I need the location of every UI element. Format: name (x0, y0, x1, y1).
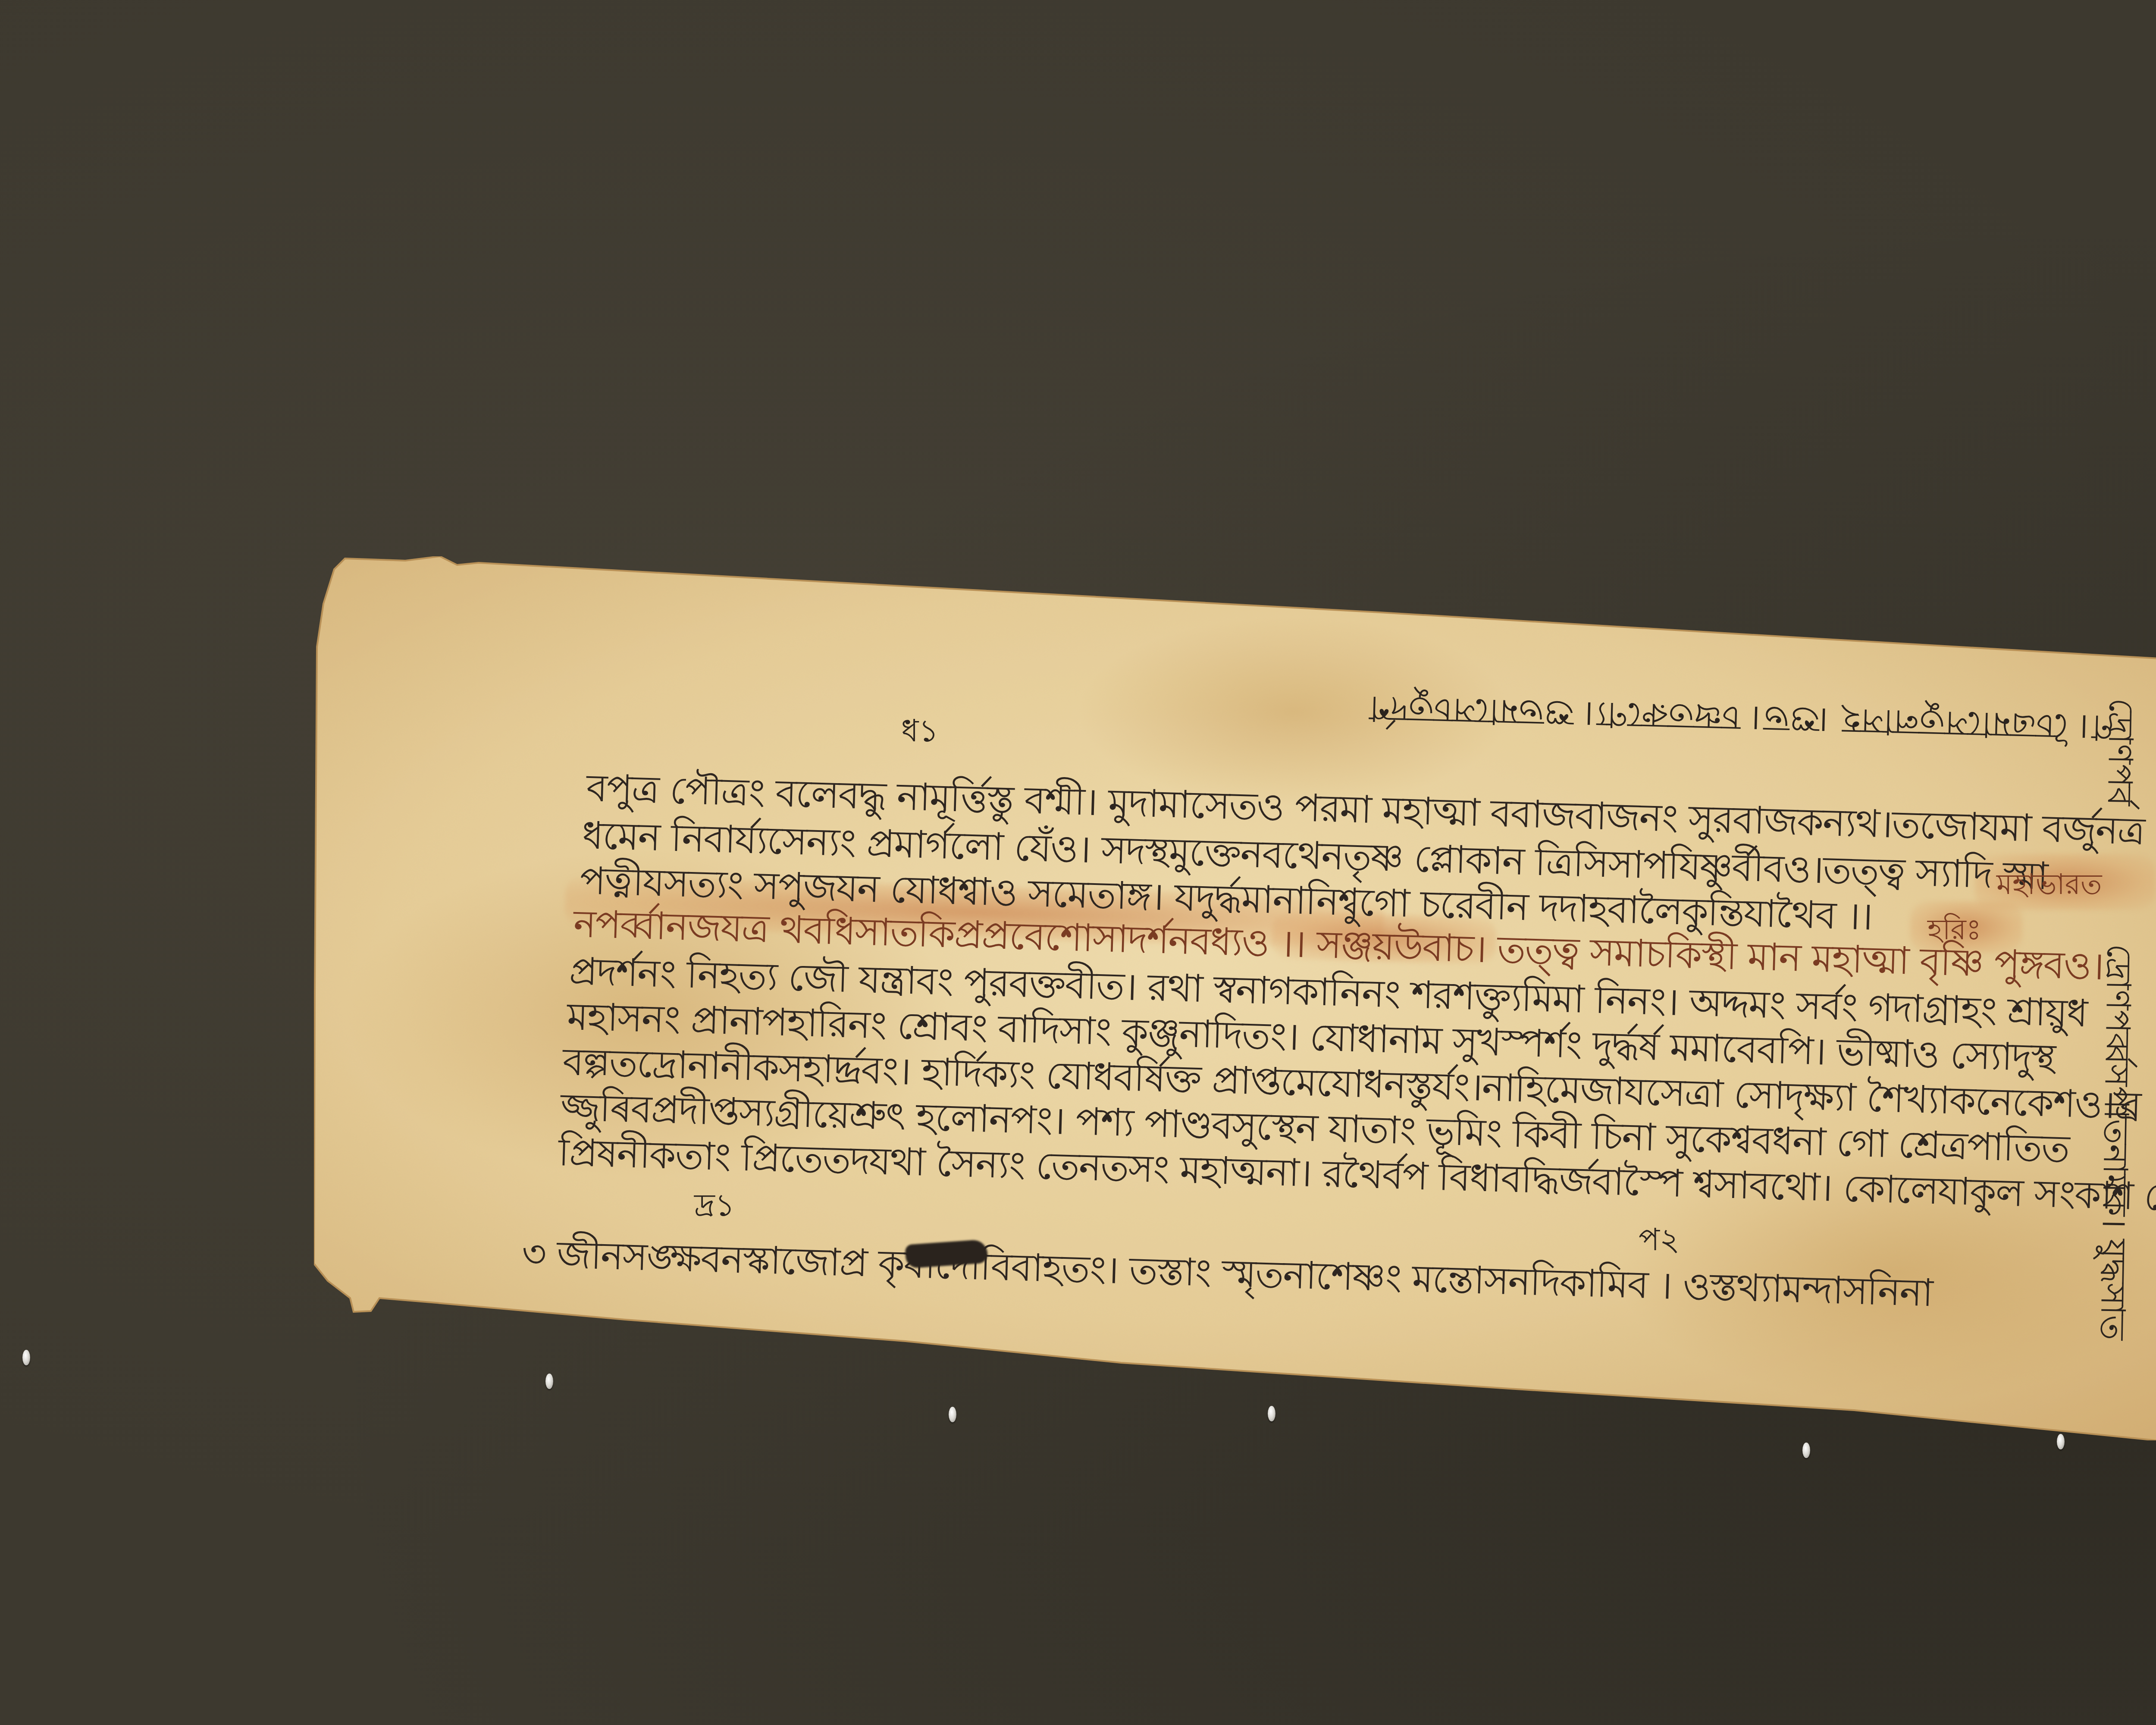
photo-stage: ণ। চৈত্রমাসেতুলাসহ ।শুভ। চন্দ্রতরুণ্যে। … (0, 0, 2156, 1725)
right-margin-title-lower: দ্রোণপর্ব্বসপাতনামক। যুদ্ধসাত (2082, 944, 2145, 1341)
mounting-pin (1802, 1443, 1810, 1458)
mounting-pin (1268, 1406, 1275, 1421)
text-line-10: ৩ জীনসঙ্ক্ষবনস্কাজোপ্র কৃষাদৌবিবাহতং। তস… (521, 1225, 2075, 1331)
mounting-pin (949, 1407, 956, 1422)
folio-mark-top: ধ১ (901, 707, 939, 759)
mounting-pin (22, 1350, 30, 1365)
rubric-right-short: হরিঃ (1927, 908, 1981, 955)
rubric-margin-right: মহাভারত (1996, 862, 2102, 910)
mounting-pin (2057, 1434, 2065, 1449)
right-margin-title-upper: দ্রোণপর্ব (2090, 698, 2147, 806)
manuscript-text: ণ। চৈত্রমাসেতুলাসহ ।শুভ। চন্দ্রতরুণ্যে। … (0, 0, 2156, 1725)
top-annotation-inverted: ণ। চৈত্রমাসেতুলাসহ ।শুভ। চন্দ্রতরুণ্যে। … (1272, 675, 2114, 755)
mounting-pin (545, 1374, 553, 1389)
